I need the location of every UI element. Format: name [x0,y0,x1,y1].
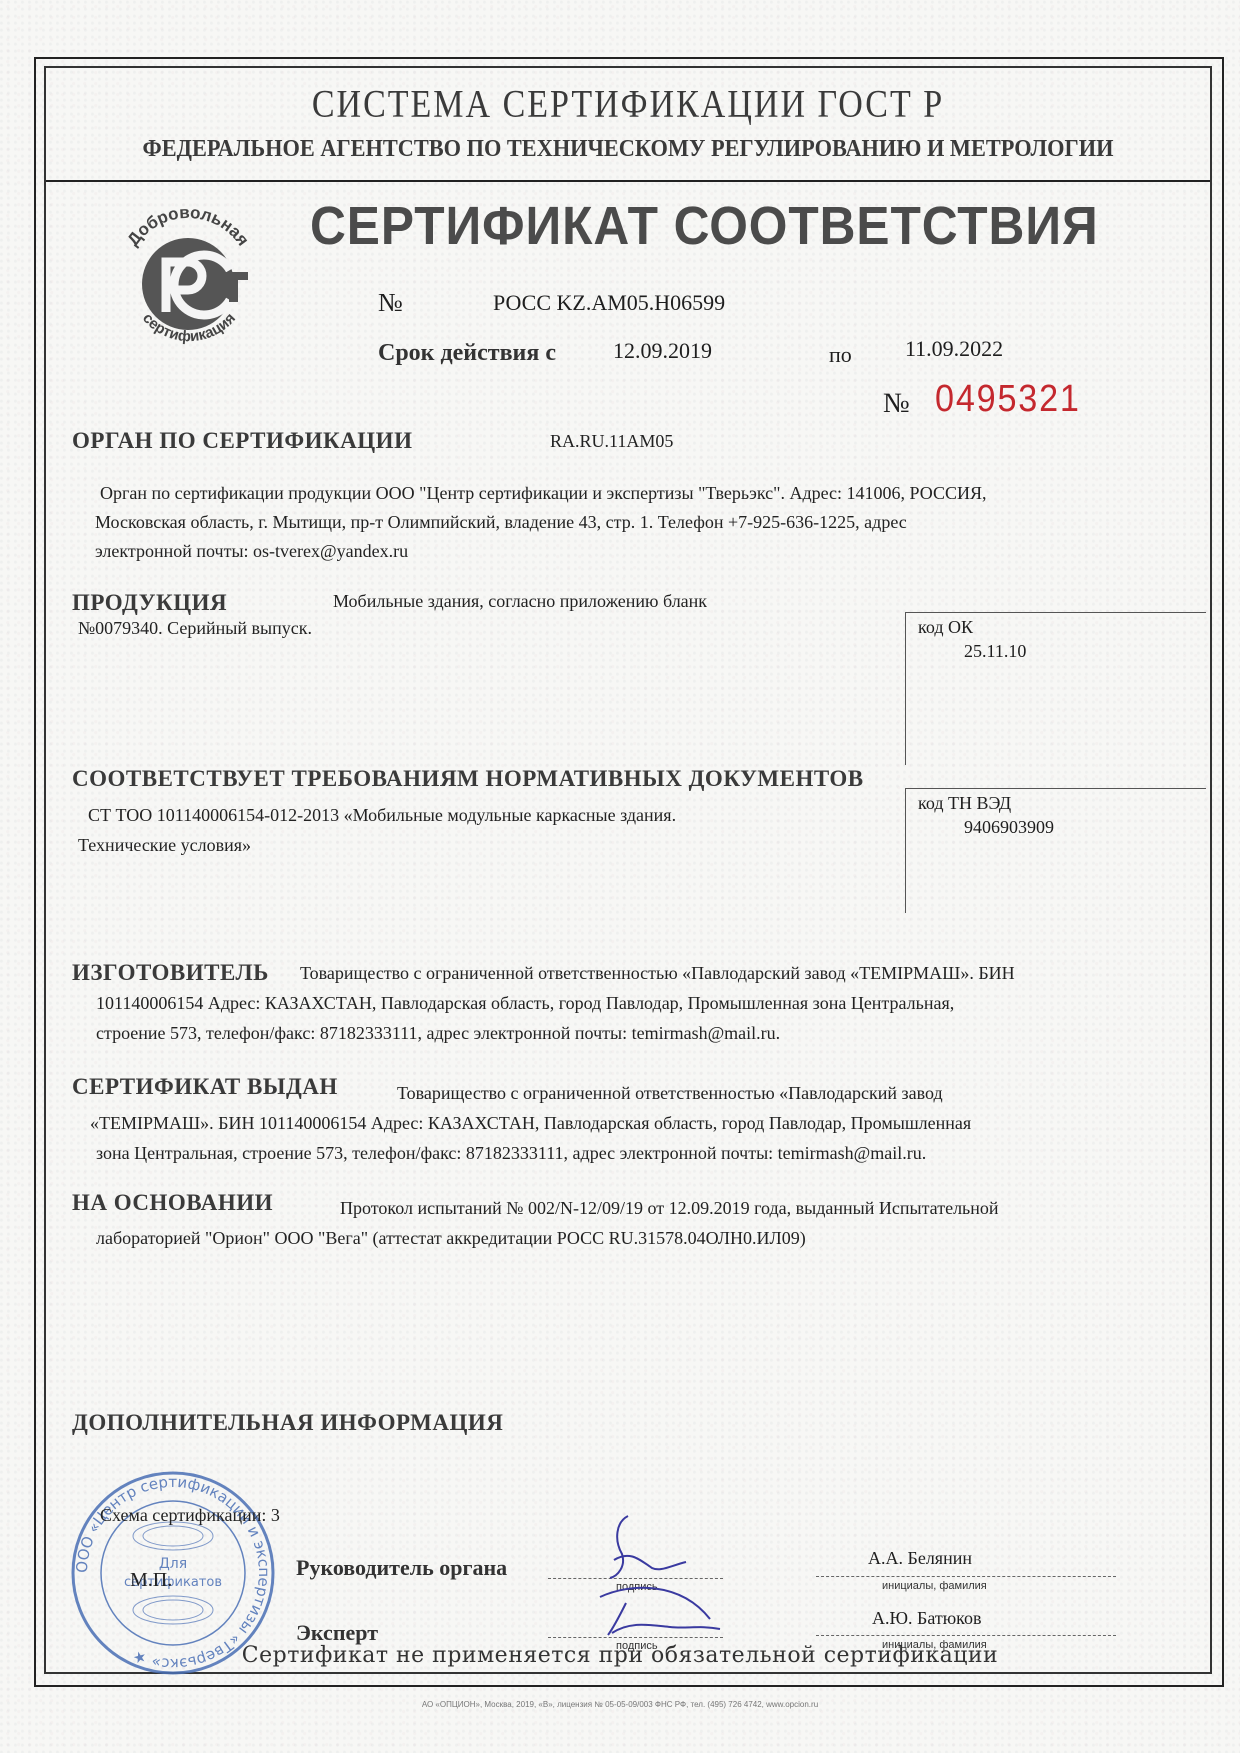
rst-logo-icon: Добровольная сертификация [108,200,268,360]
certificate-title: СЕРТИФИКАТ СООТВЕТСТВИЯ [310,195,1099,257]
issued-to-line-2: «ТЕМIРМАШ». БИН 101140006154 Адрес: КАЗА… [90,1108,971,1138]
valid-from-date: 12.09.2019 [613,338,712,364]
tnved-code-value: 9406903909 [964,817,1054,838]
number-label: № [378,288,403,318]
issued-to-title: СЕРТИФИКАТ ВЫДАН [72,1074,338,1100]
manufacturer-line-1: Товарищество с ограниченной ответственно… [300,958,1015,988]
product-line-1: Мобильные здания, согласно приложению бл… [333,586,707,616]
header: СИСТЕМА СЕРТИФИКАЦИИ ГОСТ Р ФЕДЕРАЛЬНОЕ … [46,68,1210,182]
ok-code-box: код ОК 25.11.10 [905,612,1206,765]
requirements-line-1: СТ ТОО 101140006154-012-2013 «Мобильные … [88,800,676,830]
tnved-code-label: код ТН ВЭД [918,793,1011,814]
certification-body-line-2: Московская область, г. Мытищи, пр-т Олим… [95,507,907,537]
certification-body-title: ОРГАН ПО СЕРТИФИКАЦИИ [72,428,412,454]
manufacturer-line-2: 101140006154 Адрес: КАЗАХСТАН, Павлодарс… [96,988,954,1018]
serial-label: № [883,388,910,420]
head-signature-icon [600,1510,690,1582]
printer-imprint: АО «ОПЦИОН», Москва, 2019, «В», лицензия… [0,1700,1240,1709]
requirements-line-2: Технические условия» [78,830,251,860]
manufacturer-line-3: строение 573, телефон/факс: 87182333111,… [96,1018,780,1048]
validity-label: Срок действия с [378,340,556,367]
head-name: А.А. Белянин [868,1548,972,1569]
footer-note: Сертификат не применяется при обязательн… [0,1643,1240,1668]
expert-name-line [816,1635,1116,1636]
ok-code-value: 25.11.10 [964,641,1026,662]
certification-body-code: RA.RU.11АМ05 [550,426,673,456]
additional-info-title: ДОПОЛНИТЕЛЬНАЯ ИНФОРМАЦИЯ [72,1410,503,1436]
product-line-2: №0079340. Серийный выпуск. [78,613,312,643]
agency-title: ФЕДЕРАЛЬНОЕ АГЕНТСТВО ПО ТЕХНИЧЕСКОМУ РЕ… [87,136,1170,163]
certification-body-line-1: Орган по сертификации продукции ООО "Цен… [100,478,987,508]
requirements-title: СООТВЕТСТВУЕТ ТРЕБОВАНИЯМ НОРМАТИВНЫХ ДО… [72,766,864,792]
basis-title: НА ОСНОВАНИИ [72,1190,273,1216]
serial-number: 0495321 [935,378,1081,421]
head-label: Руководитель органа [296,1555,507,1581]
system-title: СИСТЕМА СЕРТИФИКАЦИИ ГОСТ Р [46,83,1210,127]
valid-to-date: 11.09.2022 [905,336,1003,362]
stamp-place-label: М.П. [130,1565,172,1595]
issued-to-line-1: Товарищество с ограниченной ответственно… [397,1078,943,1108]
issued-to-line-3: зона Центральная, строение 573, телефон/… [96,1138,926,1168]
certificate-number: РОСС KZ.АМ05.Н06599 [493,290,725,316]
certification-body-line-3: электронной почты: os-tverex@yandex.ru [95,536,408,566]
valid-to-label: по [829,342,852,368]
certification-scheme: Схема сертификации: 3 [100,1500,280,1530]
head-name-caption: инициалы, фамилия [882,1580,987,1592]
tnved-code-box: код ТН ВЭД 9406903909 [905,788,1206,913]
ok-code-label: код ОК [918,617,973,638]
expert-signature-icon [590,1575,730,1641]
basis-line-2: лабораторией "Орион" ООО "Вега" (аттеста… [96,1223,806,1253]
head-name-line [816,1576,1116,1577]
basis-line-1: Протокол испытаний № 002/N-12/09/19 от 1… [340,1193,999,1223]
manufacturer-title: ИЗГОТОВИТЕЛЬ [72,960,269,986]
expert-name: А.Ю. Батюков [872,1608,982,1629]
